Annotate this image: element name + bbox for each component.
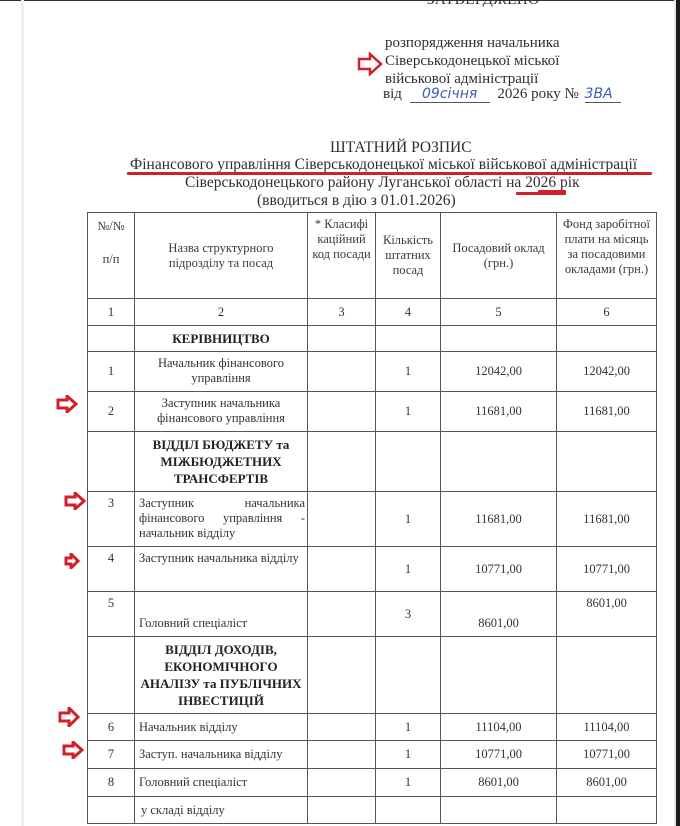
position-name: Заступник начальника фінансового управлі… xyxy=(135,492,308,547)
table-row: 7 Заступ. начальника відділу 1 10771,00 … xyxy=(88,741,657,769)
position-name: Заступник начальника відділу xyxy=(135,547,308,592)
approval-date-line: від 09січня 2026 року № 3ВА xyxy=(383,86,621,103)
position-code xyxy=(308,392,376,432)
position-fund: 8601,00 xyxy=(557,592,657,637)
date-prefix: від xyxy=(383,86,402,102)
row-number: 8 xyxy=(88,769,135,797)
position-name: Заступ. начальника відділу xyxy=(135,741,308,769)
red-arrow-icon xyxy=(62,741,84,759)
position-salary: 12042,00 xyxy=(441,352,557,392)
region-text: Сіверськодонецького району Луганської об… xyxy=(185,174,506,191)
row-number: 2 xyxy=(88,392,135,432)
table-row: 1 Начальник фінансового управління 1 120… xyxy=(88,352,657,392)
red-arrow-outline-icon xyxy=(357,52,383,76)
column-number: 6 xyxy=(557,299,657,326)
position-fund: 8601,00 xyxy=(557,769,657,797)
column-number-row: 1 2 3 4 5 6 xyxy=(88,299,657,326)
position-name: Головний спеціаліст xyxy=(135,769,308,797)
red-arrow-icon xyxy=(64,553,80,569)
position-salary: 11681,00 xyxy=(441,492,557,547)
position-name: Заступник начальника фінансового управлі… xyxy=(135,392,308,432)
document-title: ШТАТНИЙ РОЗПИС xyxy=(330,139,472,157)
position-code xyxy=(308,769,376,797)
position-count: 1 xyxy=(376,392,441,432)
table-row: 6 Начальник відділу 1 11104,00 11104,00 xyxy=(88,714,657,741)
position-salary: 8601,00 xyxy=(441,592,557,637)
position-code xyxy=(308,741,376,769)
column-number: 5 xyxy=(441,299,557,326)
window-edge-bar xyxy=(676,0,680,826)
red-underline-organization xyxy=(127,172,652,175)
position-code xyxy=(308,547,376,592)
section-row: ВІДДІЛ ДОХОДІВ, ЕКОНОМІЧНОГО АНАЛІЗУ та … xyxy=(88,637,657,714)
table-header-row: №/№ п/п Назва структурного підрозділу та… xyxy=(88,213,657,299)
table-row: 8 Головний спеціаліст 1 8601,00 8601,00 xyxy=(88,769,657,797)
column-number: 2 xyxy=(135,299,308,326)
position-count: 1 xyxy=(376,769,441,797)
position-salary: 11104,00 xyxy=(441,714,557,741)
approval-line: Сіверськодонецької міської xyxy=(385,52,560,70)
section-title: ВІДДІЛ ДОХОДІВ, ЕКОНОМІЧНОГО АНАЛІЗУ та … xyxy=(135,637,308,714)
position-fund: 10771,00 xyxy=(557,547,657,592)
position-code xyxy=(308,592,376,637)
position-name: Начальник відділу xyxy=(135,714,308,741)
year-text: 2026 року № xyxy=(497,86,578,102)
handwritten-date: 09січня xyxy=(410,86,490,103)
position-salary: 10771,00 xyxy=(441,741,557,769)
position-fund: 11104,00 xyxy=(557,714,657,741)
row-number: 3 xyxy=(88,492,135,547)
table-row: 2 Заступник начальника фінансового управ… xyxy=(88,392,657,432)
section-title: ВІДДІЛ БЮДЖЕТУ та МІЖБЮДЖЕТНИХ ТРАНСФЕРТ… xyxy=(135,432,308,492)
col-header-number-bottom: п/п xyxy=(91,252,131,267)
position-count: 1 xyxy=(376,547,441,592)
col-header-salary: Посадовий оклад (грн.) xyxy=(441,213,557,299)
position-fund: 11681,00 xyxy=(557,492,657,547)
col-header-count: Кількість штатних посад xyxy=(376,213,441,299)
approval-block: розпорядження начальника Сіверськодонець… xyxy=(385,34,560,88)
position-code xyxy=(308,714,376,741)
year-highlight: на 2026 рік xyxy=(506,174,580,191)
row-number: 6 xyxy=(88,714,135,741)
row-number: 1 xyxy=(88,352,135,392)
col-header-number: №/№ п/п xyxy=(88,213,135,299)
red-arrow-icon xyxy=(56,395,78,413)
approved-stamp-label: ЗАТВЕРДЖЕНО xyxy=(427,0,540,9)
note-row: у складі відділу xyxy=(88,797,657,824)
red-arrow-icon xyxy=(64,492,86,510)
position-code xyxy=(308,352,376,392)
table-row: 3 Заступник начальника фінансового управ… xyxy=(88,492,657,547)
row-number: 7 xyxy=(88,741,135,769)
table-row: 5 Головний спеціаліст 3 8601,00 8601,00 xyxy=(88,592,657,637)
section-title: КЕРІВНИЦТВО xyxy=(135,326,308,352)
handwritten-number: 3ВА xyxy=(585,86,621,103)
red-underline-year-2 xyxy=(538,190,566,193)
position-fund: 11681,00 xyxy=(557,392,657,432)
scan-edge-shadow xyxy=(21,0,24,826)
position-fund: 10771,00 xyxy=(557,741,657,769)
position-count: 1 xyxy=(376,352,441,392)
position-count: 3 xyxy=(376,592,441,637)
position-name: Начальник фінансового управління xyxy=(135,352,308,392)
col-header-number-top: №/№ xyxy=(91,219,131,234)
page-top-border xyxy=(0,0,680,1)
staff-table: №/№ п/п Назва структурного підрозділу та… xyxy=(87,212,657,824)
effective-date: (вводиться в дію з 01.01.2026) xyxy=(257,192,456,210)
position-code xyxy=(308,492,376,547)
position-salary: 8601,00 xyxy=(441,769,557,797)
col-header-name: Назва структурного підрозділу та посад xyxy=(135,213,308,299)
position-fund: 12042,00 xyxy=(557,352,657,392)
column-number: 4 xyxy=(376,299,441,326)
position-salary: 10771,00 xyxy=(441,547,557,592)
row-number: 5 xyxy=(88,592,135,637)
col-header-code: * Класифі каційний код посади xyxy=(308,213,376,299)
section-row: ВІДДІЛ БЮДЖЕТУ та МІЖБЮДЖЕТНИХ ТРАНСФЕРТ… xyxy=(88,432,657,492)
approval-line: розпорядження начальника xyxy=(385,34,560,52)
position-count: 1 xyxy=(376,492,441,547)
position-salary: 11681,00 xyxy=(441,392,557,432)
section-row: КЕРІВНИЦТВО xyxy=(88,326,657,352)
position-name: Головний спеціаліст xyxy=(135,592,308,637)
position-count: 1 xyxy=(376,741,441,769)
position-count: 1 xyxy=(376,714,441,741)
column-number: 3 xyxy=(308,299,376,326)
row-number: 4 xyxy=(88,547,135,592)
column-number: 1 xyxy=(88,299,135,326)
region-year-line: Сіверськодонецького району Луганської об… xyxy=(185,174,580,192)
col-header-fund: Фонд заробітної плати на місяць за посад… xyxy=(557,213,657,299)
red-arrow-icon xyxy=(58,707,80,727)
table-row: 4 Заступник начальника відділу 1 10771,0… xyxy=(88,547,657,592)
note-text: у складі відділу xyxy=(135,797,308,824)
